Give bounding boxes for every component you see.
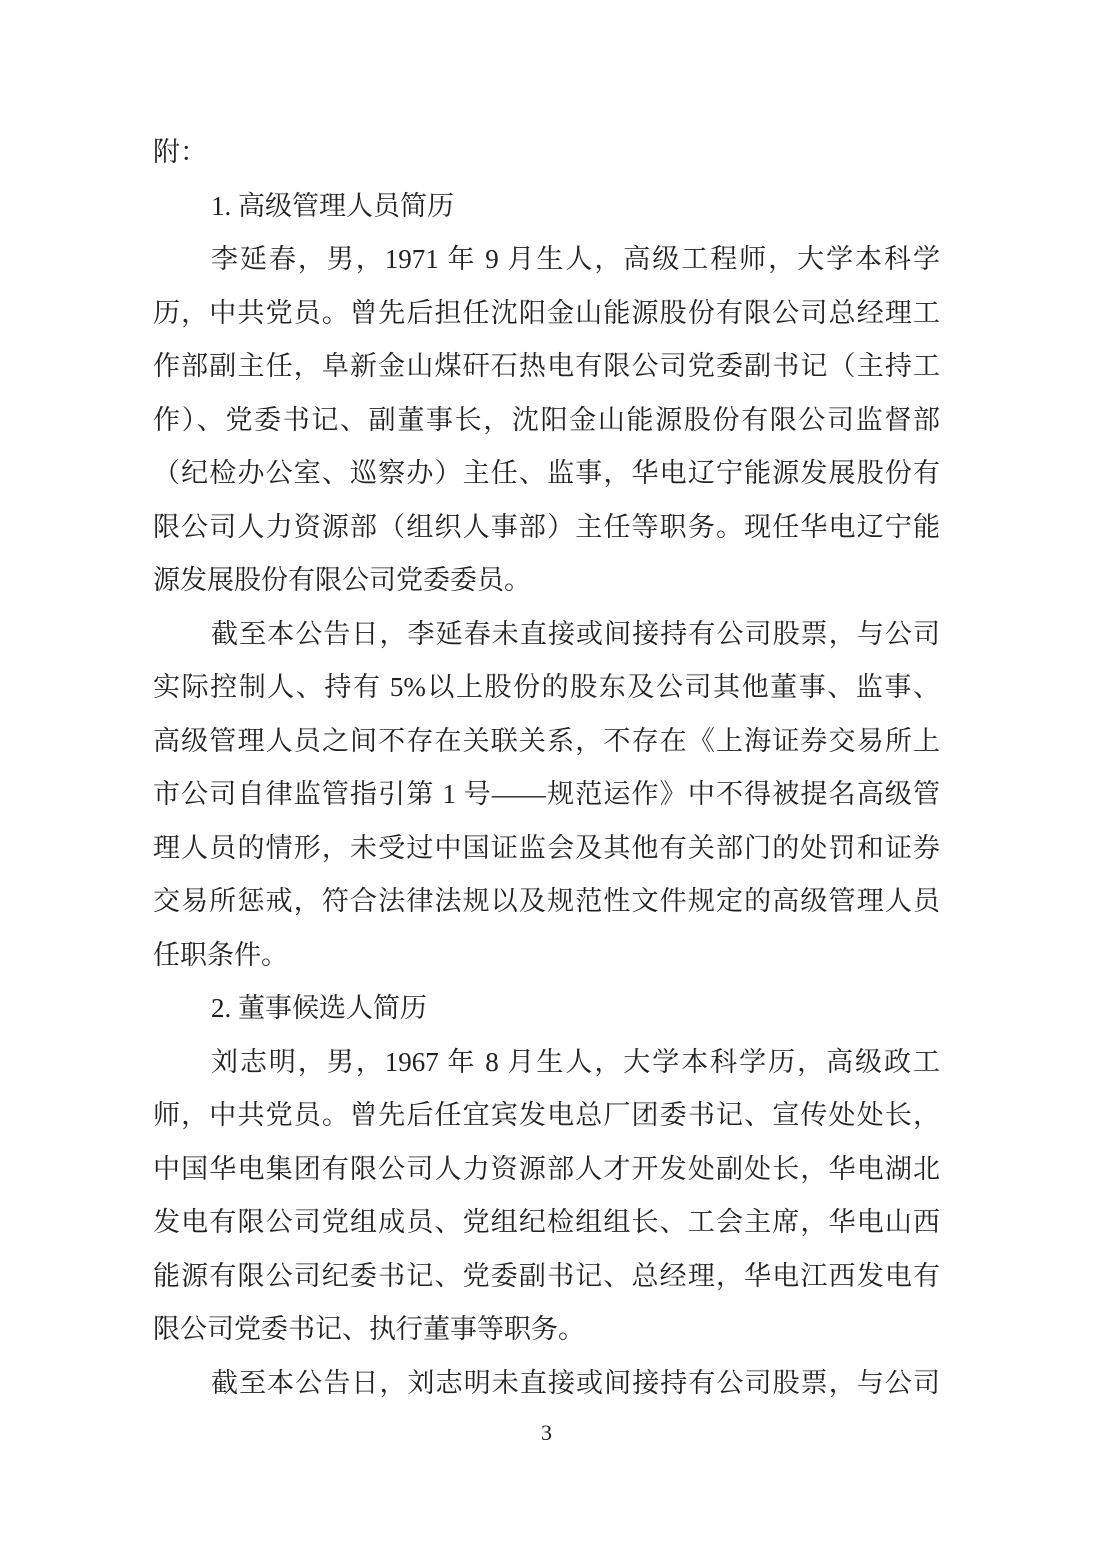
liu-zhiming-bio-line: 限公司党委书记、执行董事等职务。 xyxy=(153,1303,940,1357)
section-2-heading: 2. 董事候选人简历 xyxy=(153,982,940,1036)
li-yanchun-compliance-line: 理人员的情形，未受过中国证监会及其他有关部门的处罚和证券 xyxy=(153,822,940,876)
li-yanchun-compliance-line: 交易所惩戒，符合法律法规以及规范性文件规定的高级管理人员 xyxy=(153,875,940,929)
li-yanchun-compliance-line: 市公司自律监管指引第 1 号——规范运作》中不得被提名高级管 xyxy=(153,768,940,822)
liu-zhiming-bio-line: 师，中共党员。曾先后任宜宾发电总厂团委书记、宣传处处长， xyxy=(153,1089,940,1143)
li-yanchun-bio-line: 作部副主任，阜新金山煤矸石热电有限公司党委副书记（主持工 xyxy=(153,340,940,394)
li-yanchun-compliance-line: 高级管理人员之间不存在关联关系，不存在《上海证券交易所上 xyxy=(153,715,940,769)
liu-zhiming-bio-line: 能源有限公司纪委书记、党委副书记、总经理，华电江西发电有 xyxy=(153,1250,940,1304)
section-1-heading: 1. 高级管理人员简历 xyxy=(153,180,940,234)
liu-zhiming-bio-line: 刘志明，男，1967 年 8 月生人，大学本科学历，高级政工 xyxy=(153,1036,940,1090)
li-yanchun-bio-line: （纪检办公室、巡察办）主任、监事，华电辽宁能源发展股份有 xyxy=(153,447,940,501)
li-yanchun-bio-line: 历，中共党员。曾先后担任沈阳金山能源股份有限公司总经理工 xyxy=(153,287,940,341)
document-body: 附： 1. 高级管理人员简历 李延春，男，1971 年 9 月生人，高级工程师，… xyxy=(153,126,940,1410)
liu-zhiming-bio-line: 发电有限公司党组成员、党组纪检组组长、工会主席，华电山西 xyxy=(153,1196,940,1250)
page-number: 3 xyxy=(0,1420,1093,1446)
li-yanchun-compliance-line: 任职条件。 xyxy=(153,929,940,983)
li-yanchun-bio-line: 作）、党委书记、副董事长，沈阳金山能源股份有限公司监督部 xyxy=(153,394,940,448)
li-yanchun-bio-line: 李延春，男，1971 年 9 月生人，高级工程师，大学本科学 xyxy=(153,233,940,287)
li-yanchun-compliance-line: 截至本公告日，李延春未直接或间接持有公司股票，与公司 xyxy=(153,608,940,662)
document-page: 附： 1. 高级管理人员简历 李延春，男，1971 年 9 月生人，高级工程师，… xyxy=(0,0,1093,1543)
li-yanchun-bio-line: 源发展股份有限公司党委委员。 xyxy=(153,554,940,608)
liu-zhiming-bio-line: 中国华电集团有限公司人力资源部人才开发处副处长，华电湖北 xyxy=(153,1143,940,1197)
li-yanchun-bio-line: 限公司人力资源部（组织人事部）主任等职务。现任华电辽宁能 xyxy=(153,501,940,555)
attachment-label: 附： xyxy=(153,126,940,180)
li-yanchun-compliance-line: 实际控制人、持有 5%以上股份的股东及公司其他董事、监事、 xyxy=(153,661,940,715)
liu-zhiming-compliance-line: 截至本公告日，刘志明未直接或间接持有公司股票，与公司 xyxy=(153,1357,940,1411)
